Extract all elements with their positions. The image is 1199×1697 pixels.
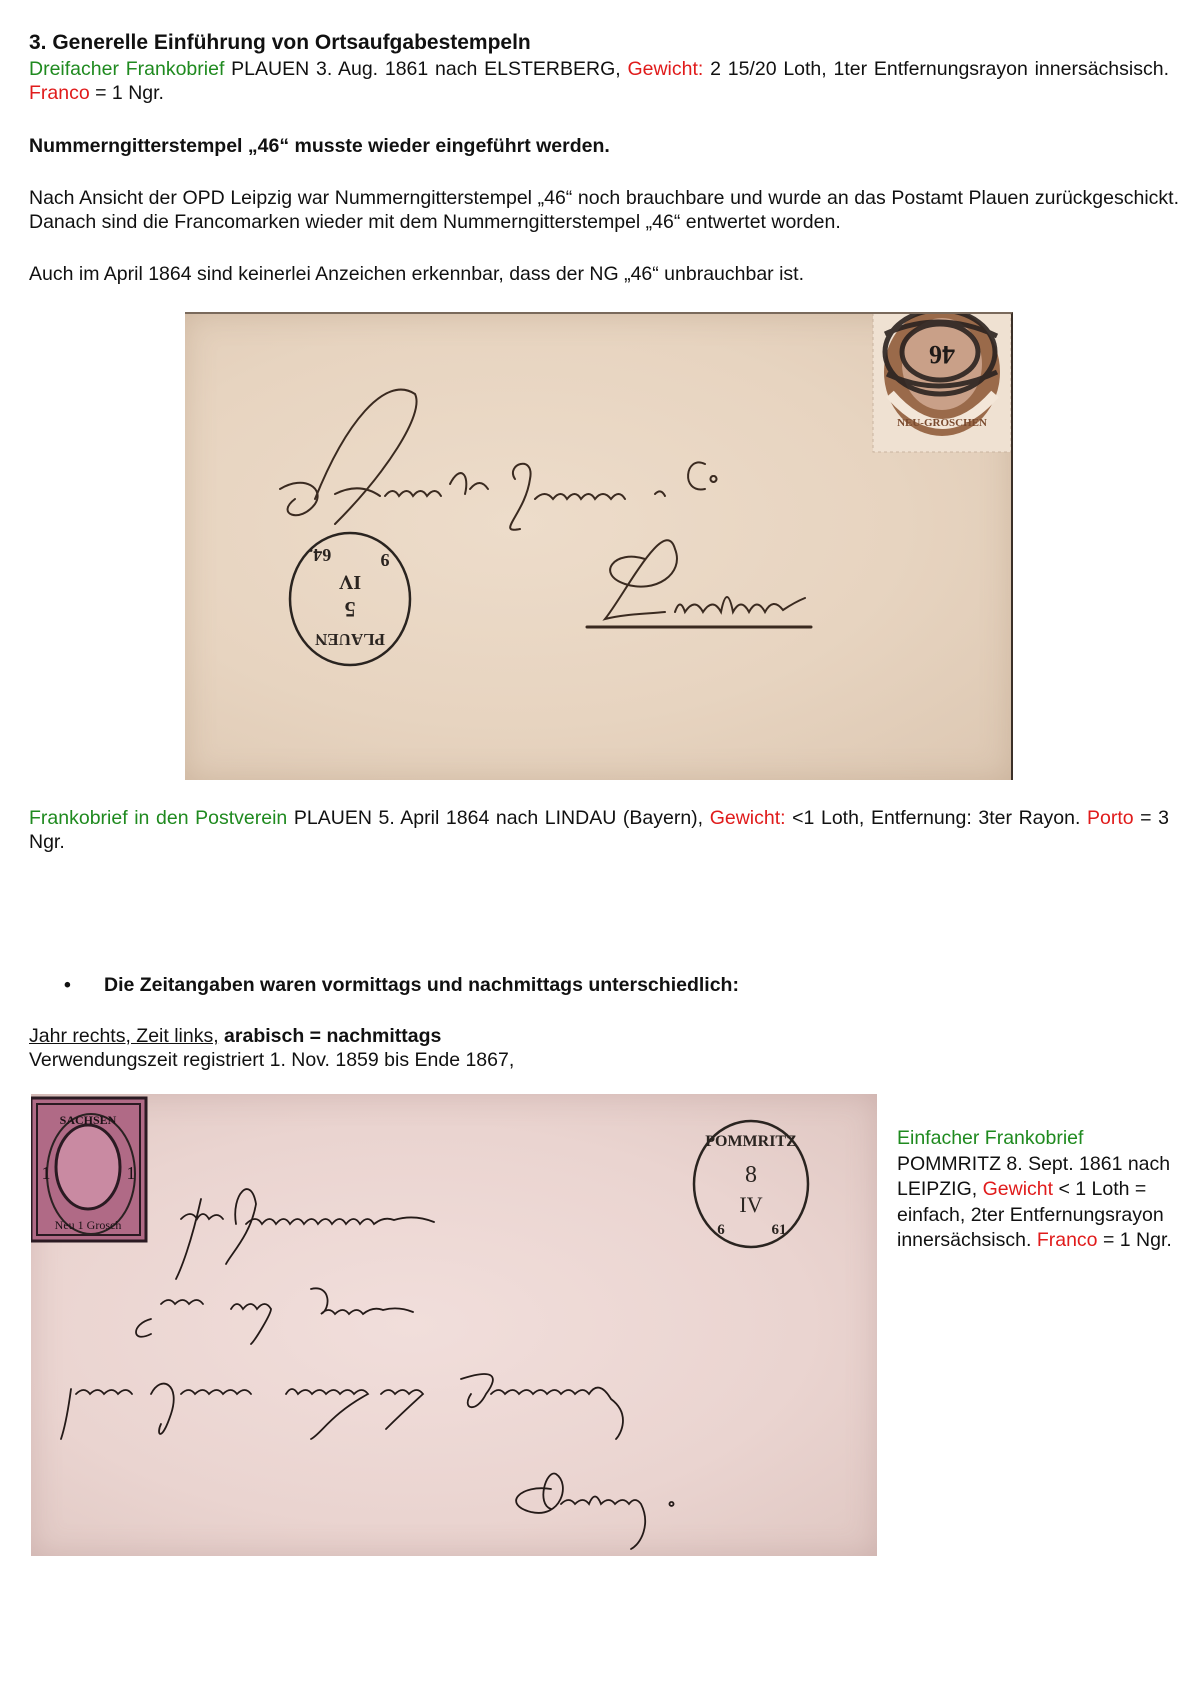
cover1-description: Dreifacher Frankobrief PLAUEN 3. Aug. 18… <box>29 57 1169 105</box>
fee-value: = 1 Ngr. <box>90 82 164 104</box>
weight-value: 2 15/20 Loth, 1ter Entfernungsrayon inne… <box>703 58 1169 80</box>
svg-text:Neu 1 Grosch: Neu 1 Grosch <box>55 1218 122 1232</box>
page-title: 3. Generelle Einführung von Ortsaufgabes… <box>29 31 1169 55</box>
handwritten-address <box>61 1189 673 1549</box>
letter-type-label: Frankobrief in den Postverein <box>29 807 287 829</box>
letter-type-label: Einfacher Frankobrief <box>897 1127 1083 1149</box>
stamp-sachsen-1-ngr: SACHSEN 1 1 Neu 1 Grosch <box>31 1098 146 1241</box>
stamp-neu-groschen: NEU-GROSCHEN 46 <box>873 314 1011 452</box>
svg-text:PLAUEN: PLAUEN <box>314 630 385 649</box>
svg-text:1: 1 <box>127 1163 136 1183</box>
fee-label: Porto <box>1087 807 1134 829</box>
route-text: PLAUEN 3. Aug. 1861 nach ELSTERBERG, <box>224 58 627 80</box>
note-paragraph: Auch im April 1864 sind keinerlei Anzeic… <box>29 262 1169 286</box>
svg-text:SACHSEN: SACHSEN <box>60 1113 117 1127</box>
fee-value: = 1 Ngr. <box>1098 1229 1172 1251</box>
cover-image-plauen-lindau: NEU-GROSCHEN 46 <box>185 312 1013 780</box>
weight-label: Gewicht: <box>710 807 786 829</box>
bullet-text: Die Zeitangaben waren vormittags und nac… <box>104 974 739 996</box>
weight-label: Gewicht: <box>627 58 703 80</box>
postmark-plauen: PLAUEN 5 IV 9 64. <box>290 533 410 665</box>
cover2-caption: Einfacher FrankobriefPOMMRITZ 8. Sept. 1… <box>897 1126 1187 1254</box>
usage-period-line: Verwendungszeit registriert 1. Nov. 1859… <box>29 1048 514 1072</box>
letter-type-label: Dreifacher Frankobrief <box>29 58 224 80</box>
svg-text:6: 6 <box>717 1222 725 1238</box>
svg-text:46: 46 <box>929 340 955 369</box>
underlined-text: Jahr rechts, Zeit links, <box>29 1025 219 1047</box>
weight-label: Gewicht <box>983 1178 1053 1200</box>
weight-value: <1 Loth, Entfernung: 3ter Rayon. <box>786 807 1087 829</box>
cover-image-pommritz-leipzig: SACHSEN 1 1 Neu 1 Grosch POMMRITZ 8 IV 6… <box>31 1094 877 1556</box>
svg-text:IV: IV <box>338 571 361 593</box>
cover1-caption: Frankobrief in den Postverein PLAUEN 5. … <box>29 806 1169 854</box>
route-text: PLAUEN 5. April 1864 nach LINDAU (Bayern… <box>287 807 709 829</box>
bullet-icon: • <box>64 973 104 997</box>
cover-drawing: SACHSEN 1 1 Neu 1 Grosch POMMRITZ 8 IV 6… <box>31 1094 877 1556</box>
fee-label: Franco <box>1037 1229 1098 1251</box>
svg-text:61: 61 <box>772 1222 787 1238</box>
section-heading: Nummerngitterstempel „46“ musste wieder … <box>29 134 1169 158</box>
postmark-pommritz: POMMRITZ 8 IV 6 61 <box>694 1121 808 1247</box>
svg-text:IV: IV <box>739 1192 762 1217</box>
explanation-paragraph: Nach Ansicht der OPD Leipzig war Nummern… <box>29 186 1179 234</box>
svg-text:5: 5 <box>345 597 356 622</box>
svg-text:8: 8 <box>745 1162 757 1188</box>
svg-text:1: 1 <box>42 1163 51 1183</box>
legend-line: Jahr rechts, Zeit links, arabisch = nach… <box>29 1024 441 1048</box>
cover-drawing: NEU-GROSCHEN 46 <box>185 314 1011 780</box>
svg-text:64.: 64. <box>309 545 332 565</box>
svg-text:NEU-GROSCHEN: NEU-GROSCHEN <box>897 417 987 429</box>
svg-text:9: 9 <box>381 550 390 570</box>
fee-label: Franco <box>29 82 90 104</box>
bold-text: arabisch = nachmittags <box>219 1025 442 1047</box>
bullet-item: •Die Zeitangaben waren vormittags und na… <box>64 973 739 997</box>
svg-text:POMMRITZ: POMMRITZ <box>705 1133 797 1150</box>
